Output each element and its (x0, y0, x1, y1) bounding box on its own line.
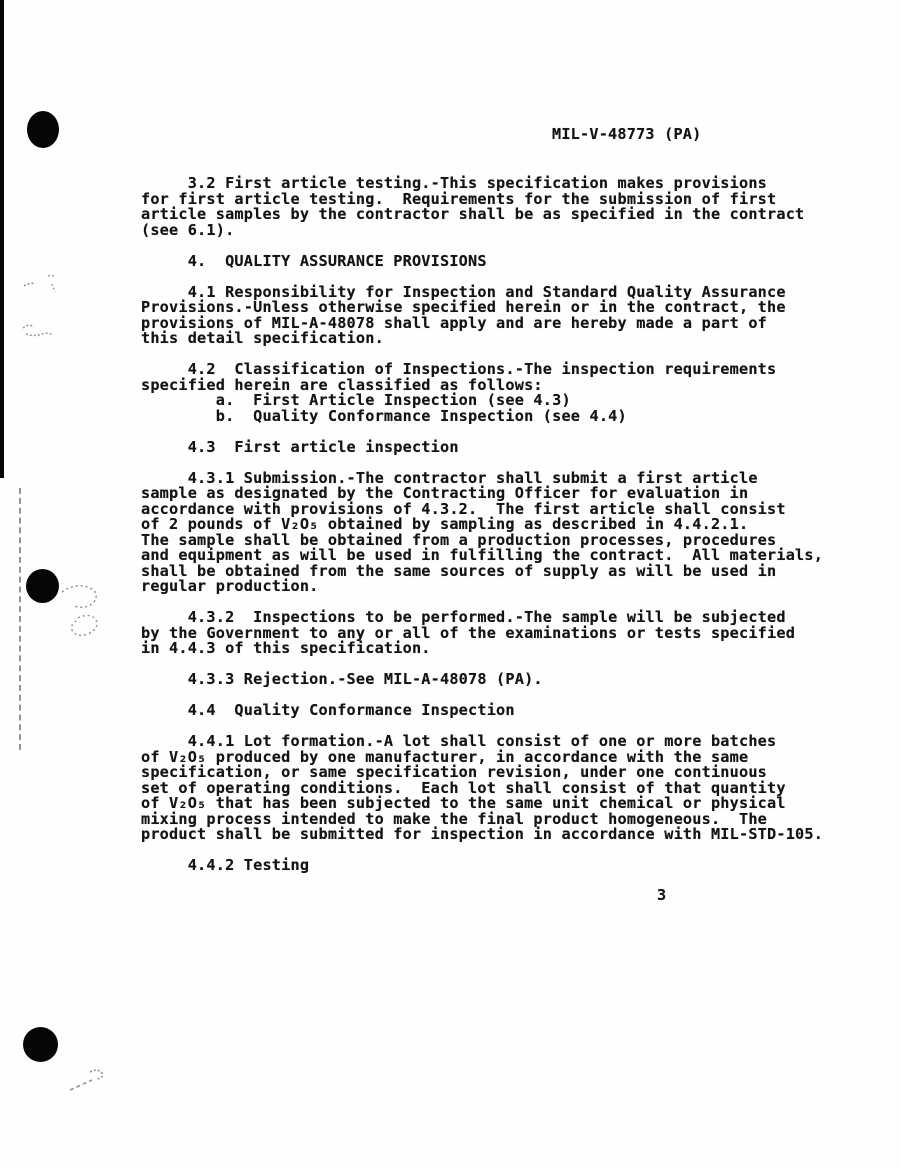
para-4-3-3: 4.3.3 Rejection.-See MIL-A-48078 (PA). (141, 672, 841, 688)
para-4-4-2: 4.4.2 Testing (141, 858, 841, 874)
hole-punch-top (27, 111, 59, 148)
document-body: 3.2 First article testing.-This specific… (141, 176, 841, 889)
para-4-2: 4.2 Classification of Inspections.-The i… (141, 362, 841, 424)
para-3-2: 3.2 First article testing.-This specific… (141, 176, 841, 238)
document-id-header: MIL-V-48773 (PA) (552, 127, 702, 143)
scan-edge-line (0, 0, 4, 478)
pencil-mark (22, 272, 64, 298)
pencil-mark (20, 320, 58, 342)
pencil-scribble (56, 580, 108, 642)
heading-4-3: 4.3 First article inspection (141, 440, 841, 456)
para-4-3-2: 4.3.2 Inspections to be performed.-The s… (141, 610, 841, 657)
heading-4: 4. QUALITY ASSURANCE PROVISIONS (141, 254, 841, 270)
para-4-1: 4.1 Responsibility for Inspection and St… (141, 285, 841, 347)
page-number: 3 (657, 888, 666, 904)
para-4-3-1: 4.3.1 Submission.-The contractor shall s… (141, 471, 841, 595)
para-4-4-1: 4.4.1 Lot formation.-A lot shall consist… (141, 734, 841, 843)
scan-edge-dashed-line (19, 488, 21, 750)
hole-punch-middle (26, 569, 59, 603)
heading-4-4: 4.4 Quality Conformance Inspection (141, 703, 841, 719)
pencil-mark (66, 1066, 110, 1096)
scanned-document-page: MIL-V-48773 (PA) 3.2 First article testi… (0, 0, 901, 1168)
hole-punch-bottom (23, 1027, 58, 1062)
